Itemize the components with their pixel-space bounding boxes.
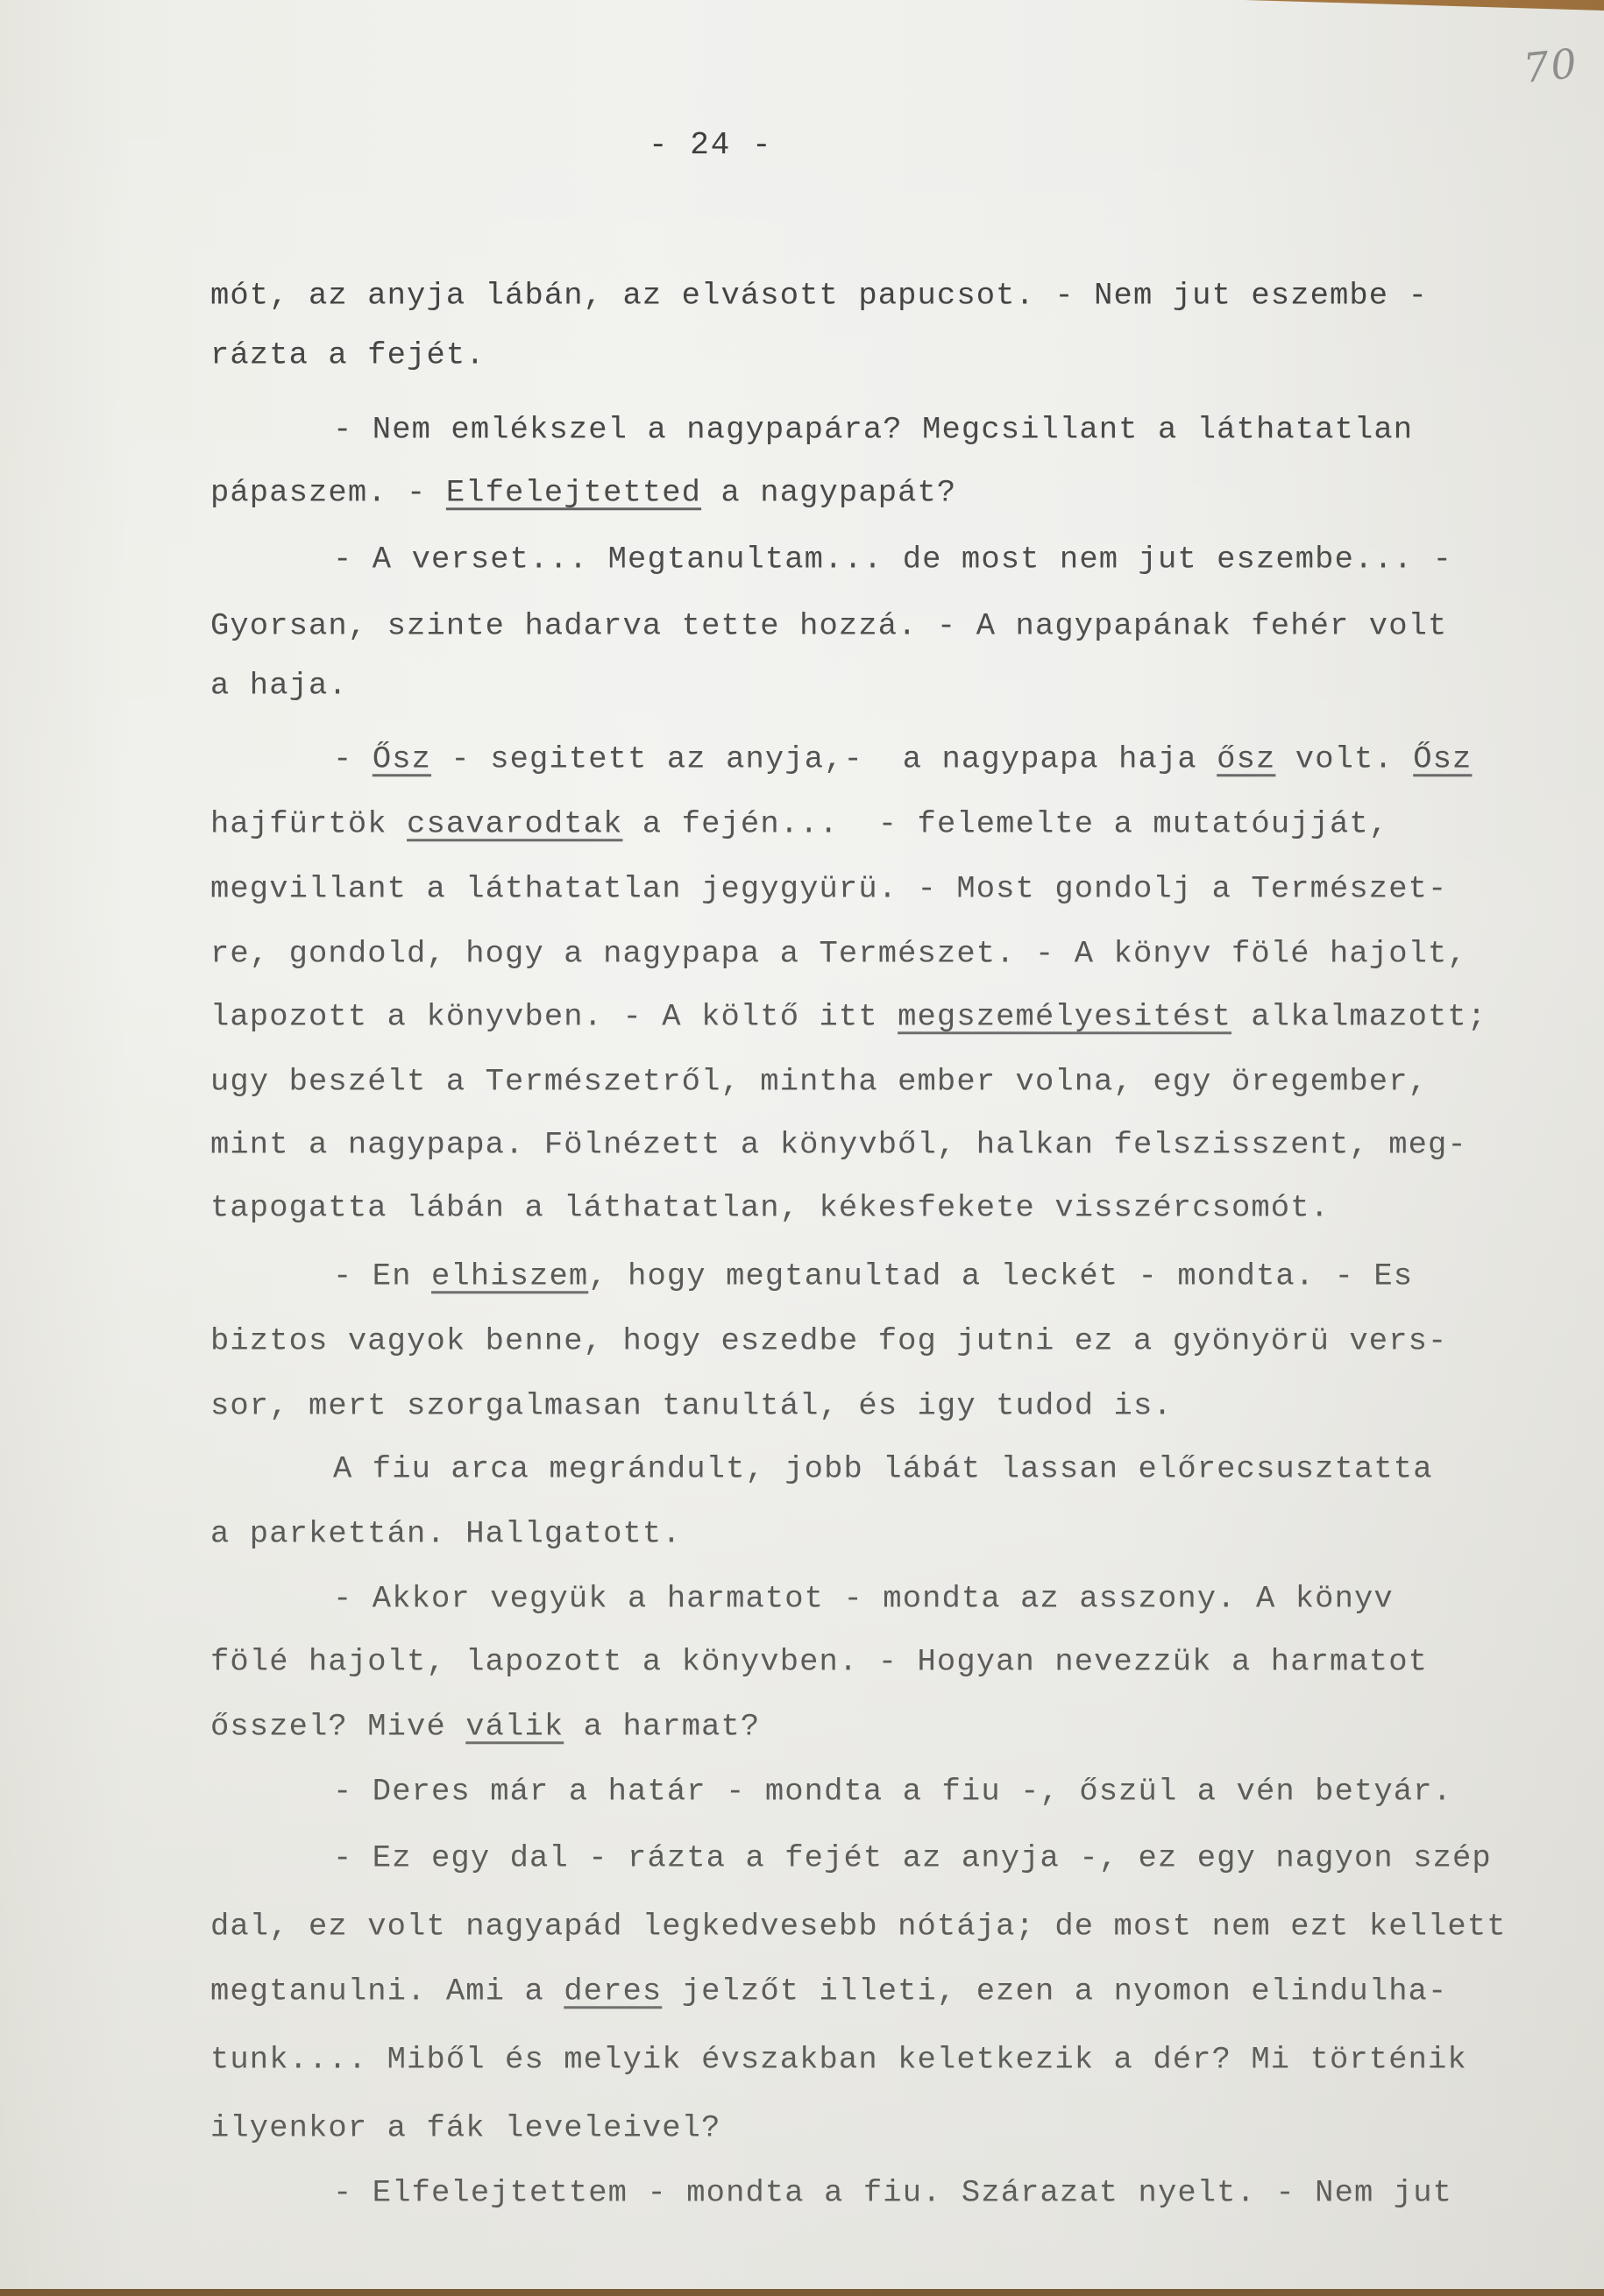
text-line: sor, mert szorgalmasan tanultál, és igy … — [210, 1390, 1173, 1421]
text-line: dal, ez volt nagyapád legkedvesebb nótáj… — [210, 1910, 1507, 1942]
text-line: - Elfelejtettem - mondta a fiu. Szárazat… — [333, 2177, 1452, 2208]
text-line: ilyenkor a fák leveleivel? — [210, 2112, 721, 2144]
text-line: - Deres már a határ - mondta a fiu -, ős… — [333, 1775, 1452, 1807]
underlined-word: Ősz — [1413, 741, 1472, 776]
text-line: - A verset... Megtanultam... de most nem… — [333, 543, 1452, 575]
underlined-word: ősz — [1217, 741, 1275, 776]
underlined-word: elhiszem — [431, 1258, 588, 1293]
text-line: - Ősz - segitett az anyja,- a nagypapa h… — [333, 743, 1472, 775]
underlined-word: csavarodtak — [407, 805, 622, 841]
text-line: ugy beszélt a Természetről, mintha ember… — [210, 1066, 1428, 1097]
underlined-word: válik — [465, 1708, 564, 1744]
underlined-word: Elfelejtetted — [446, 474, 701, 510]
text-line: megtanulni. Ami a deres jelzőt illeti, e… — [210, 1975, 1447, 2007]
text-line: tapogatta lábán a láthatatlan, kékesfeke… — [210, 1192, 1330, 1223]
underlined-word: megszemélyesitést — [898, 998, 1231, 1034]
text-line: rázta a fejét. — [210, 339, 486, 371]
text-line: pápaszem. - Elfelejtetted a nagypapát? — [210, 477, 956, 508]
text-line: A fiu arca megrándult, jobb lábát lassan… — [333, 1453, 1433, 1485]
text-line: biztos vagyok benne, hogy eszedbe fog ju… — [210, 1325, 1447, 1357]
text-line: ősszel? Mivé válik a harmat? — [210, 1711, 760, 1742]
text-line: a haja. — [210, 670, 348, 701]
page-number: - 24 - — [649, 127, 773, 163]
text-line: lapozott a könyvben. - A költő itt megsz… — [210, 1001, 1487, 1032]
text-line: Gyorsan, szinte hadarva tette hozzá. - A… — [210, 610, 1447, 641]
text-line: - En elhiszem, hogy megtanultad a leckét… — [333, 1260, 1413, 1292]
desk-background-bottom — [0, 2289, 1604, 2296]
typewritten-page: 70 - 24 - mót, az anyja lábán, az elváso… — [0, 0, 1604, 2291]
text-line: hajfürtök csavarodtak a fején... - felem… — [210, 808, 1388, 840]
text-line: mót, az anyja lábán, az elvásott papucso… — [210, 280, 1428, 311]
underlined-word: Ősz — [373, 741, 431, 776]
underlined-word: deres — [564, 1973, 662, 2009]
text-line: a parkettán. Hallgatott. — [210, 1518, 682, 1549]
text-line: - Ez egy dal - rázta a fejét az anyja -,… — [333, 1842, 1492, 1874]
handwritten-folio-number: 70 — [1521, 39, 1580, 92]
text-line: mint a nagypapa. Fölnézett a könyvből, h… — [210, 1129, 1467, 1160]
text-line: re, gondold, hogy a nagypapa a Természet… — [210, 938, 1467, 969]
text-line: - Nem emlékszel a nagypapára? Megcsillan… — [333, 414, 1413, 445]
text-line: megvillant a láthatatlan jegygyürü. - Mo… — [210, 873, 1447, 904]
text-line: - Akkor vegyük a harmatot - mondta az as… — [333, 1583, 1394, 1614]
text-line: tunk.... Miből és melyik évszakban kelet… — [210, 2044, 1467, 2075]
text-line: fölé hajolt, lapozott a könyvben. - Hogy… — [210, 1646, 1428, 1677]
